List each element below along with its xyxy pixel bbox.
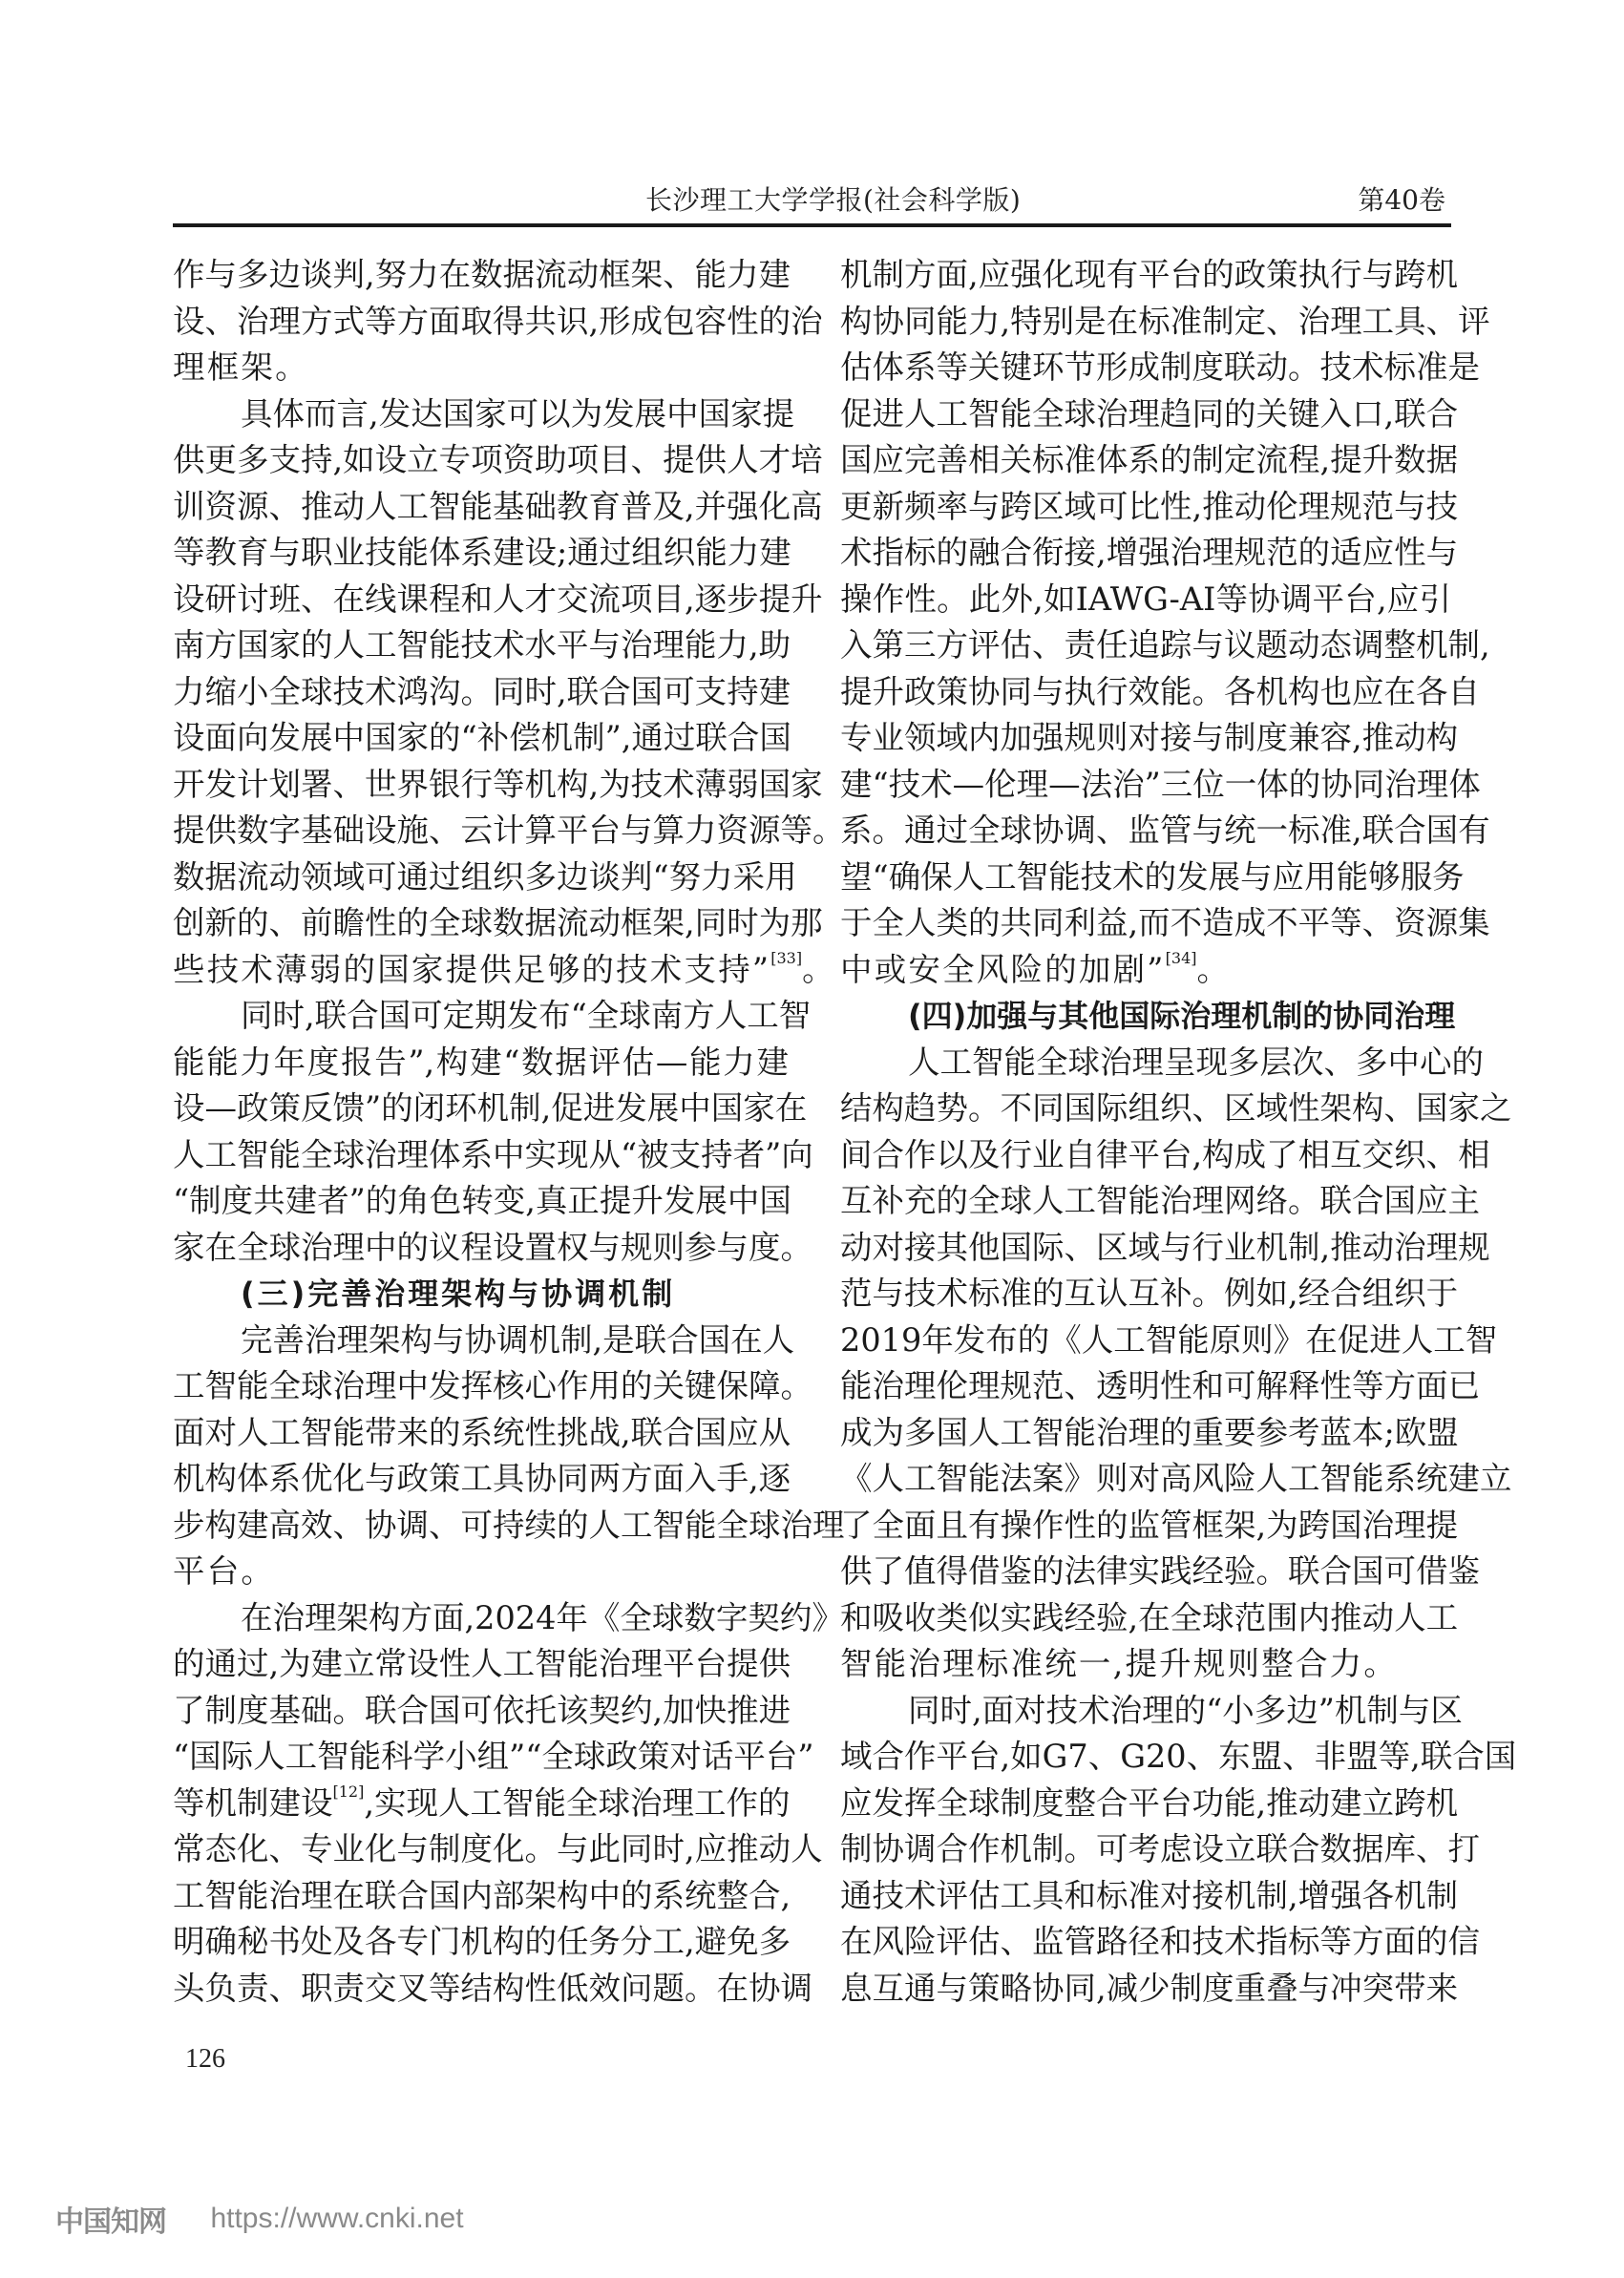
- line-text-tail: 。: [1196, 951, 1231, 988]
- body-text-line: 了全面且有操作性的监管框架,为跨国治理提: [840, 1503, 1451, 1550]
- line-text: 人工智能全球治理体系中实现从“被支持者”向: [173, 1136, 813, 1173]
- body-text-line: 数据流动领域可通过组织多边谈判“努力采用: [173, 854, 789, 901]
- line-text: 家在全球治理中的议程设置权与规则参与度。: [173, 1229, 812, 1266]
- line-text: 结构趋势。不同国际组织、区域性架构、国家之: [840, 1089, 1512, 1127]
- body-text-line: 设面向发展中国家的“补偿机制”,通过联合国: [173, 715, 789, 762]
- body-text-line: 头负责、职责交叉等结构性低效问题。在协调: [173, 1966, 789, 2013]
- line-text: 了制度基础。联合国可依托该契约,加快推进: [173, 1692, 791, 1729]
- journal-page: 长沙理工大学学报(社会科学版) 第40卷 作与多边谈判,努力在数据流动框架、能力…: [0, 0, 1624, 2278]
- paragraph-last-line: 理框架。: [173, 345, 789, 391]
- line-text: 设研讨班、在线课程和人才交流项目,逐步提升: [173, 580, 823, 618]
- line-text: 建“技术—伦理—法治”三位一体的协同治理体: [840, 766, 1481, 803]
- line-text-tail: 。: [802, 951, 836, 988]
- left-column: 作与多边谈判,努力在数据流动框架、能力建设、治理方式等方面取得共识,形成包容性的…: [173, 252, 789, 2012]
- line-text: 构协同能力,特别是在标准制定、治理工具、评: [840, 303, 1490, 340]
- line-text-tail: ,实现人工智能全球治理工作的: [364, 1784, 790, 1822]
- body-text-line: 和吸收类似实践经验,在全球范围内推动人工: [840, 1595, 1451, 1642]
- line-text: 工智能全球治理中发挥核心作用的关键保障。: [173, 1367, 812, 1404]
- body-text-line: 通技术评估工具和标准对接机制,增强各机制: [840, 1873, 1451, 1920]
- body-text-line: “制度共建者”的角色转变,真正提升发展中国: [173, 1178, 789, 1225]
- paragraph-first-line: 人工智能全球治理呈现多层次、多中心的: [840, 1040, 1451, 1086]
- line-text: 互补充的全球人工智能治理网络。联合国应主: [840, 1182, 1480, 1219]
- paragraph-last-line: 中或安全风险的加剧”[34]。: [840, 947, 1451, 994]
- line-text: 范与技术标准的互认互补。例如,经合组织于: [840, 1275, 1458, 1312]
- line-text: 的通过,为建立常设性人工智能治理平台提供: [173, 1645, 791, 1682]
- line-text: “国际人工智能科学小组”“全球政策对话平台”: [173, 1738, 814, 1775]
- body-text-line: 估体系等关键环节形成制度联动。技术标准是: [840, 345, 1451, 391]
- line-text: 南方国家的人工智能技术水平与治理能力,助: [173, 626, 791, 664]
- body-text-line: 家在全球治理中的议程设置权与规则参与度。: [173, 1225, 789, 1272]
- line-text: 在治理架构方面,2024年《全球数字契约》: [241, 1599, 844, 1636]
- paragraph-first-line: 同时,面对技术治理的“小多边”机制与区: [840, 1688, 1451, 1735]
- body-text-line: 《人工智能法案》则对高风险人工智能系统建立: [840, 1456, 1451, 1503]
- line-text: 数据流动领域可通过组织多边谈判“努力采用: [173, 858, 797, 896]
- body-text-line: 国应完善相关标准体系的制定流程,提升数据: [840, 437, 1451, 484]
- body-text-line: 供更多支持,如设立专项资助项目、提供人才培: [173, 437, 789, 484]
- body-text-line: 应发挥全球制度整合平台功能,推动建立跨机: [840, 1781, 1451, 1827]
- line-text: 域合作平台,如G7、G20、东盟、非盟等,联合国: [840, 1738, 1516, 1775]
- line-text: “制度共建者”的角色转变,真正提升发展中国: [173, 1182, 791, 1219]
- body-text-line: 设、治理方式等方面取得共识,形成包容性的治: [173, 299, 789, 346]
- body-text-line: 作与多边谈判,努力在数据流动框架、能力建: [173, 252, 789, 299]
- cnki-brand: 中国知网: [55, 2198, 166, 2240]
- running-header: 长沙理工大学学报(社会科学版) 第40卷: [173, 178, 1451, 220]
- line-text: 供了值得借鉴的法律实践经验。联合国可借鉴: [840, 1552, 1480, 1590]
- cnki-watermark: 中国知网 https://www.cnki.net: [55, 2198, 464, 2236]
- body-text-line: 范与技术标准的互认互补。例如,经合组织于: [840, 1271, 1451, 1318]
- paragraph-last-line: 些技术薄弱的国家提供足够的技术支持”[33]。: [173, 947, 789, 994]
- line-text: 提升政策协同与执行效能。各机构也应在各自: [840, 673, 1480, 710]
- line-text: 力缩小全球技术鸿沟。同时,联合国可支持建: [173, 673, 791, 710]
- citation-ref[interactable]: [33]: [770, 949, 802, 967]
- right-column: 机制方面,应强化现有平台的政策执行与跨机构协同能力,特别是在标准制定、治理工具、…: [840, 252, 1451, 2012]
- line-text: 息互通与策略协同,减少制度重叠与冲突带来: [840, 1970, 1458, 2007]
- body-text-line: 能能力年度报告”,构建“数据评估—能力建: [173, 1040, 789, 1086]
- line-text: 智能治理标准统一,提升规则整合力。: [840, 1645, 1398, 1682]
- line-text: 了全面且有操作性的监管框架,为跨国治理提: [840, 1507, 1458, 1544]
- line-text: 系。通过全球协调、监管与统一标准,联合国有: [840, 812, 1490, 849]
- body-text-line: 结构趋势。不同国际组织、区域性架构、国家之: [840, 1086, 1451, 1132]
- line-text: 能能力年度报告”,构建“数据评估—能力建: [173, 1044, 789, 1081]
- line-text: 应发挥全球制度整合平台功能,推动建立跨机: [840, 1784, 1458, 1822]
- line-text: 通技术评估工具和标准对接机制,增强各机制: [840, 1877, 1458, 1914]
- line-text: 常态化、专业化与制度化。与此同时,应推动人: [173, 1830, 823, 1867]
- line-text: 和吸收类似实践经验,在全球范围内推动人工: [840, 1599, 1458, 1636]
- line-text: 创新的、前瞻性的全球数据流动框架,同时为那: [173, 904, 823, 941]
- line-text: 平台。: [173, 1552, 275, 1590]
- line-text: 设—政策反馈”的闭环机制,促进发展中国家在: [173, 1089, 807, 1127]
- body-text-line: 互补充的全球人工智能治理网络。联合国应主: [840, 1178, 1451, 1225]
- body-text-line: 域合作平台,如G7、G20、东盟、非盟等,联合国: [840, 1734, 1451, 1781]
- line-text: 促进人工智能全球治理趋同的关键入口,联合: [840, 395, 1458, 432]
- line-text: 明确秘书处及各专门机构的任务分工,避免多: [173, 1923, 791, 1960]
- page-number: 126: [185, 2043, 225, 2076]
- line-text: 开发计划署、世界银行等机构,为技术薄弱国家: [173, 766, 823, 803]
- line-text: 动对接其他国际、区域与行业机制,推动治理规: [840, 1229, 1490, 1266]
- line-text: 等机制建设: [173, 1784, 333, 1822]
- line-text: 中或安全风险的加剧”: [840, 951, 1166, 988]
- line-text: 能治理伦理规范、透明性和可解释性等方面已: [840, 1367, 1480, 1404]
- body-text-line: 建“技术—伦理—法治”三位一体的协同治理体: [840, 762, 1451, 809]
- line-text: 训资源、推动人工智能基础教育普及,并强化高: [173, 488, 823, 525]
- line-text: 完善治理架构与协调机制,是联合国在人: [241, 1321, 794, 1359]
- body-text-line: 等教育与职业技能体系建设;通过组织能力建: [173, 530, 789, 577]
- line-text: 理框架。: [173, 348, 309, 386]
- body-text-line: 训资源、推动人工智能基础教育普及,并强化高: [173, 484, 789, 531]
- body-text-line: 设—政策反馈”的闭环机制,促进发展中国家在: [173, 1086, 789, 1132]
- line-text: 操作性。此外,如IAWG-AI等协调平台,应引: [840, 580, 1451, 618]
- body-text-line: 构协同能力,特别是在标准制定、治理工具、评: [840, 299, 1451, 346]
- body-text-line: 能治理伦理规范、透明性和可解释性等方面已: [840, 1363, 1451, 1410]
- journal-title: 长沙理工大学学报(社会科学版): [645, 183, 1021, 218]
- body-text-line: 人工智能全球治理体系中实现从“被支持者”向: [173, 1132, 789, 1179]
- body-text-line: 开发计划署、世界银行等机构,为技术薄弱国家: [173, 762, 789, 809]
- body-text-line: 动对接其他国际、区域与行业机制,推动治理规: [840, 1225, 1451, 1272]
- line-text: 更新频率与跨区域可比性,推动伦理规范与技: [840, 488, 1458, 525]
- body-text-line: 2019年发布的《人工智能原则》在促进人工智: [840, 1318, 1451, 1364]
- line-text: 术指标的融合衔接,增强治理规范的适应性与: [840, 534, 1458, 571]
- body-text-line: 专业领域内加强规则对接与制度兼容,推动构: [840, 715, 1451, 762]
- line-text: 机构体系优化与政策工具协同两方面入手,逐: [173, 1460, 791, 1497]
- line-text: 同时,面对技术治理的“小多边”机制与区: [908, 1692, 1463, 1729]
- body-text-line: 常态化、专业化与制度化。与此同时,应推动人: [173, 1826, 789, 1873]
- line-text: 供更多支持,如设立专项资助项目、提供人才培: [173, 441, 823, 478]
- body-text-line: 了制度基础。联合国可依托该契约,加快推进: [173, 1688, 789, 1735]
- body-text-line: 提供数字基础设施、云计算平台与算力资源等。: [173, 808, 789, 854]
- line-text: 《人工智能法案》则对高风险人工智能系统建立: [840, 1460, 1512, 1497]
- paragraph-last-line: 平台。: [173, 1549, 789, 1595]
- line-text: 步构建高效、协调、可持续的人工智能全球治理: [173, 1507, 845, 1544]
- line-text: 同时,联合国可定期发布“全球南方人工智: [241, 997, 811, 1034]
- section-heading: (三)完善治理架构与协调机制: [173, 1271, 789, 1318]
- paragraph-last-line: 智能治理标准统一,提升规则整合力。: [840, 1641, 1451, 1688]
- line-text: 提供数字基础设施、云计算平台与算力资源等。: [173, 812, 845, 849]
- body-text-line: 南方国家的人工智能技术水平与治理能力,助: [173, 622, 789, 669]
- section-heading: (四)加强与其他国际治理机制的协同治理: [840, 993, 1451, 1040]
- line-text: 头负责、职责交叉等结构性低效问题。在协调: [173, 1970, 812, 2007]
- body-text-line: “国际人工智能科学小组”“全球政策对话平台”: [173, 1734, 789, 1781]
- line-text: 间合作以及行业自律平台,构成了相互交织、相: [840, 1136, 1490, 1173]
- body-text-line: 息互通与策略协同,减少制度重叠与冲突带来: [840, 1966, 1451, 2013]
- body-text-line: 更新频率与跨区域可比性,推动伦理规范与技: [840, 484, 1451, 531]
- body-text-line: 机制方面,应强化现有平台的政策执行与跨机: [840, 252, 1451, 299]
- body-text-line: 间合作以及行业自律平台,构成了相互交织、相: [840, 1132, 1451, 1179]
- body-text-line: 术指标的融合衔接,增强治理规范的适应性与: [840, 530, 1451, 577]
- cnki-url[interactable]: https://www.cnki.net: [210, 2203, 463, 2235]
- body-text-line: 供了值得借鉴的法律实践经验。联合国可借鉴: [840, 1549, 1451, 1595]
- body-text-line: 在风险评估、监管路径和技术指标等方面的信: [840, 1919, 1451, 1966]
- body-text-line: 工智能治理在联合国内部架构中的系统整合,: [173, 1873, 789, 1920]
- line-text: 人工智能全球治理呈现多层次、多中心的: [908, 1044, 1484, 1081]
- line-text: 在风险评估、监管路径和技术指标等方面的信: [840, 1923, 1480, 1960]
- body-text-line: 成为多国人工智能治理的重要参考蓝本;欧盟: [840, 1410, 1451, 1457]
- line-text: 工智能治理在联合国内部架构中的系统整合,: [173, 1877, 791, 1914]
- line-text: 入第三方评估、责任追踪与议题动态调整机制,: [840, 626, 1490, 664]
- citation-ref[interactable]: [34]: [1166, 949, 1197, 967]
- body-text-line: 设研讨班、在线课程和人才交流项目,逐步提升: [173, 577, 789, 623]
- volume-label: 第40卷: [1358, 183, 1445, 218]
- line-text: (三)完善治理架构与协调机制: [241, 1276, 675, 1312]
- line-text: 于全人类的共同利益,而不造成不平等、资源集: [840, 904, 1490, 941]
- line-text: 专业领域内加强规则对接与制度兼容,推动构: [840, 719, 1458, 756]
- paragraph-first-line: 具体而言,发达国家可以为发展中国家提: [173, 391, 789, 438]
- line-text: (四)加强与其他国际治理机制的协同治理: [908, 998, 1455, 1034]
- line-text: 2019年发布的《人工智能原则》在促进人工智: [840, 1321, 1497, 1359]
- paragraph-first-line: 完善治理架构与协调机制,是联合国在人: [173, 1318, 789, 1364]
- body-text-line: 力缩小全球技术鸿沟。同时,联合国可支持建: [173, 669, 789, 716]
- line-text: 作与多边谈判,努力在数据流动框架、能力建: [173, 256, 791, 293]
- body-text-line: 步构建高效、协调、可持续的人工智能全球治理: [173, 1503, 789, 1550]
- body-text-line: 的通过,为建立常设性人工智能治理平台提供: [173, 1641, 789, 1688]
- body-text-line: 促进人工智能全球治理趋同的关键入口,联合: [840, 391, 1451, 438]
- line-text: 面对人工智能带来的系统性挑战,联合国应从: [173, 1414, 791, 1451]
- body-text-line: 望“确保人工智能技术的发展与应用能够服务: [840, 854, 1451, 901]
- line-text: 机制方面,应强化现有平台的政策执行与跨机: [840, 256, 1458, 293]
- line-text: 国应完善相关标准体系的制定流程,提升数据: [840, 441, 1458, 478]
- body-text-line: 于全人类的共同利益,而不造成不平等、资源集: [840, 900, 1451, 947]
- body-text-line: 创新的、前瞻性的全球数据流动框架,同时为那: [173, 900, 789, 947]
- body-text-line: 制协调合作机制。可考虑设立联合数据库、打: [840, 1826, 1451, 1873]
- line-text: 制协调合作机制。可考虑设立联合数据库、打: [840, 1830, 1480, 1867]
- body-text-line: 工智能全球治理中发挥核心作用的关键保障。: [173, 1363, 789, 1410]
- body-text-line: 等机制建设[12],实现人工智能全球治理工作的: [173, 1781, 789, 1827]
- body-text-line: 明确秘书处及各专门机构的任务分工,避免多: [173, 1919, 789, 1966]
- line-text: 等教育与职业技能体系建设;通过组织能力建: [173, 534, 791, 571]
- body-text-line: 机构体系优化与政策工具协同两方面入手,逐: [173, 1456, 789, 1503]
- line-text: 成为多国人工智能治理的重要参考蓝本;欧盟: [840, 1414, 1459, 1451]
- line-text: 估体系等关键环节形成制度联动。技术标准是: [840, 348, 1480, 386]
- body-text-line: 提升政策协同与执行效能。各机构也应在各自: [840, 669, 1451, 716]
- body-text-line: 面对人工智能带来的系统性挑战,联合国应从: [173, 1410, 789, 1457]
- paragraph-first-line: 同时,联合国可定期发布“全球南方人工智: [173, 993, 789, 1040]
- line-text: 望“确保人工智能技术的发展与应用能够服务: [840, 858, 1465, 896]
- line-text: 具体而言,发达国家可以为发展中国家提: [241, 395, 794, 432]
- line-text: 设面向发展中国家的“补偿机制”,通过联合国: [173, 719, 791, 756]
- header-rule: [173, 223, 1451, 227]
- body-text-line: 系。通过全球协调、监管与统一标准,联合国有: [840, 808, 1451, 854]
- line-text: 些技术薄弱的国家提供足够的技术支持”: [173, 951, 770, 988]
- body-text-line: 操作性。此外,如IAWG-AI等协调平台,应引: [840, 577, 1451, 623]
- citation-ref[interactable]: [12]: [333, 1782, 365, 1801]
- paragraph-first-line: 在治理架构方面,2024年《全球数字契约》: [173, 1595, 789, 1642]
- line-text: 设、治理方式等方面取得共识,形成包容性的治: [173, 303, 823, 340]
- body-text-line: 入第三方评估、责任追踪与议题动态调整机制,: [840, 622, 1451, 669]
